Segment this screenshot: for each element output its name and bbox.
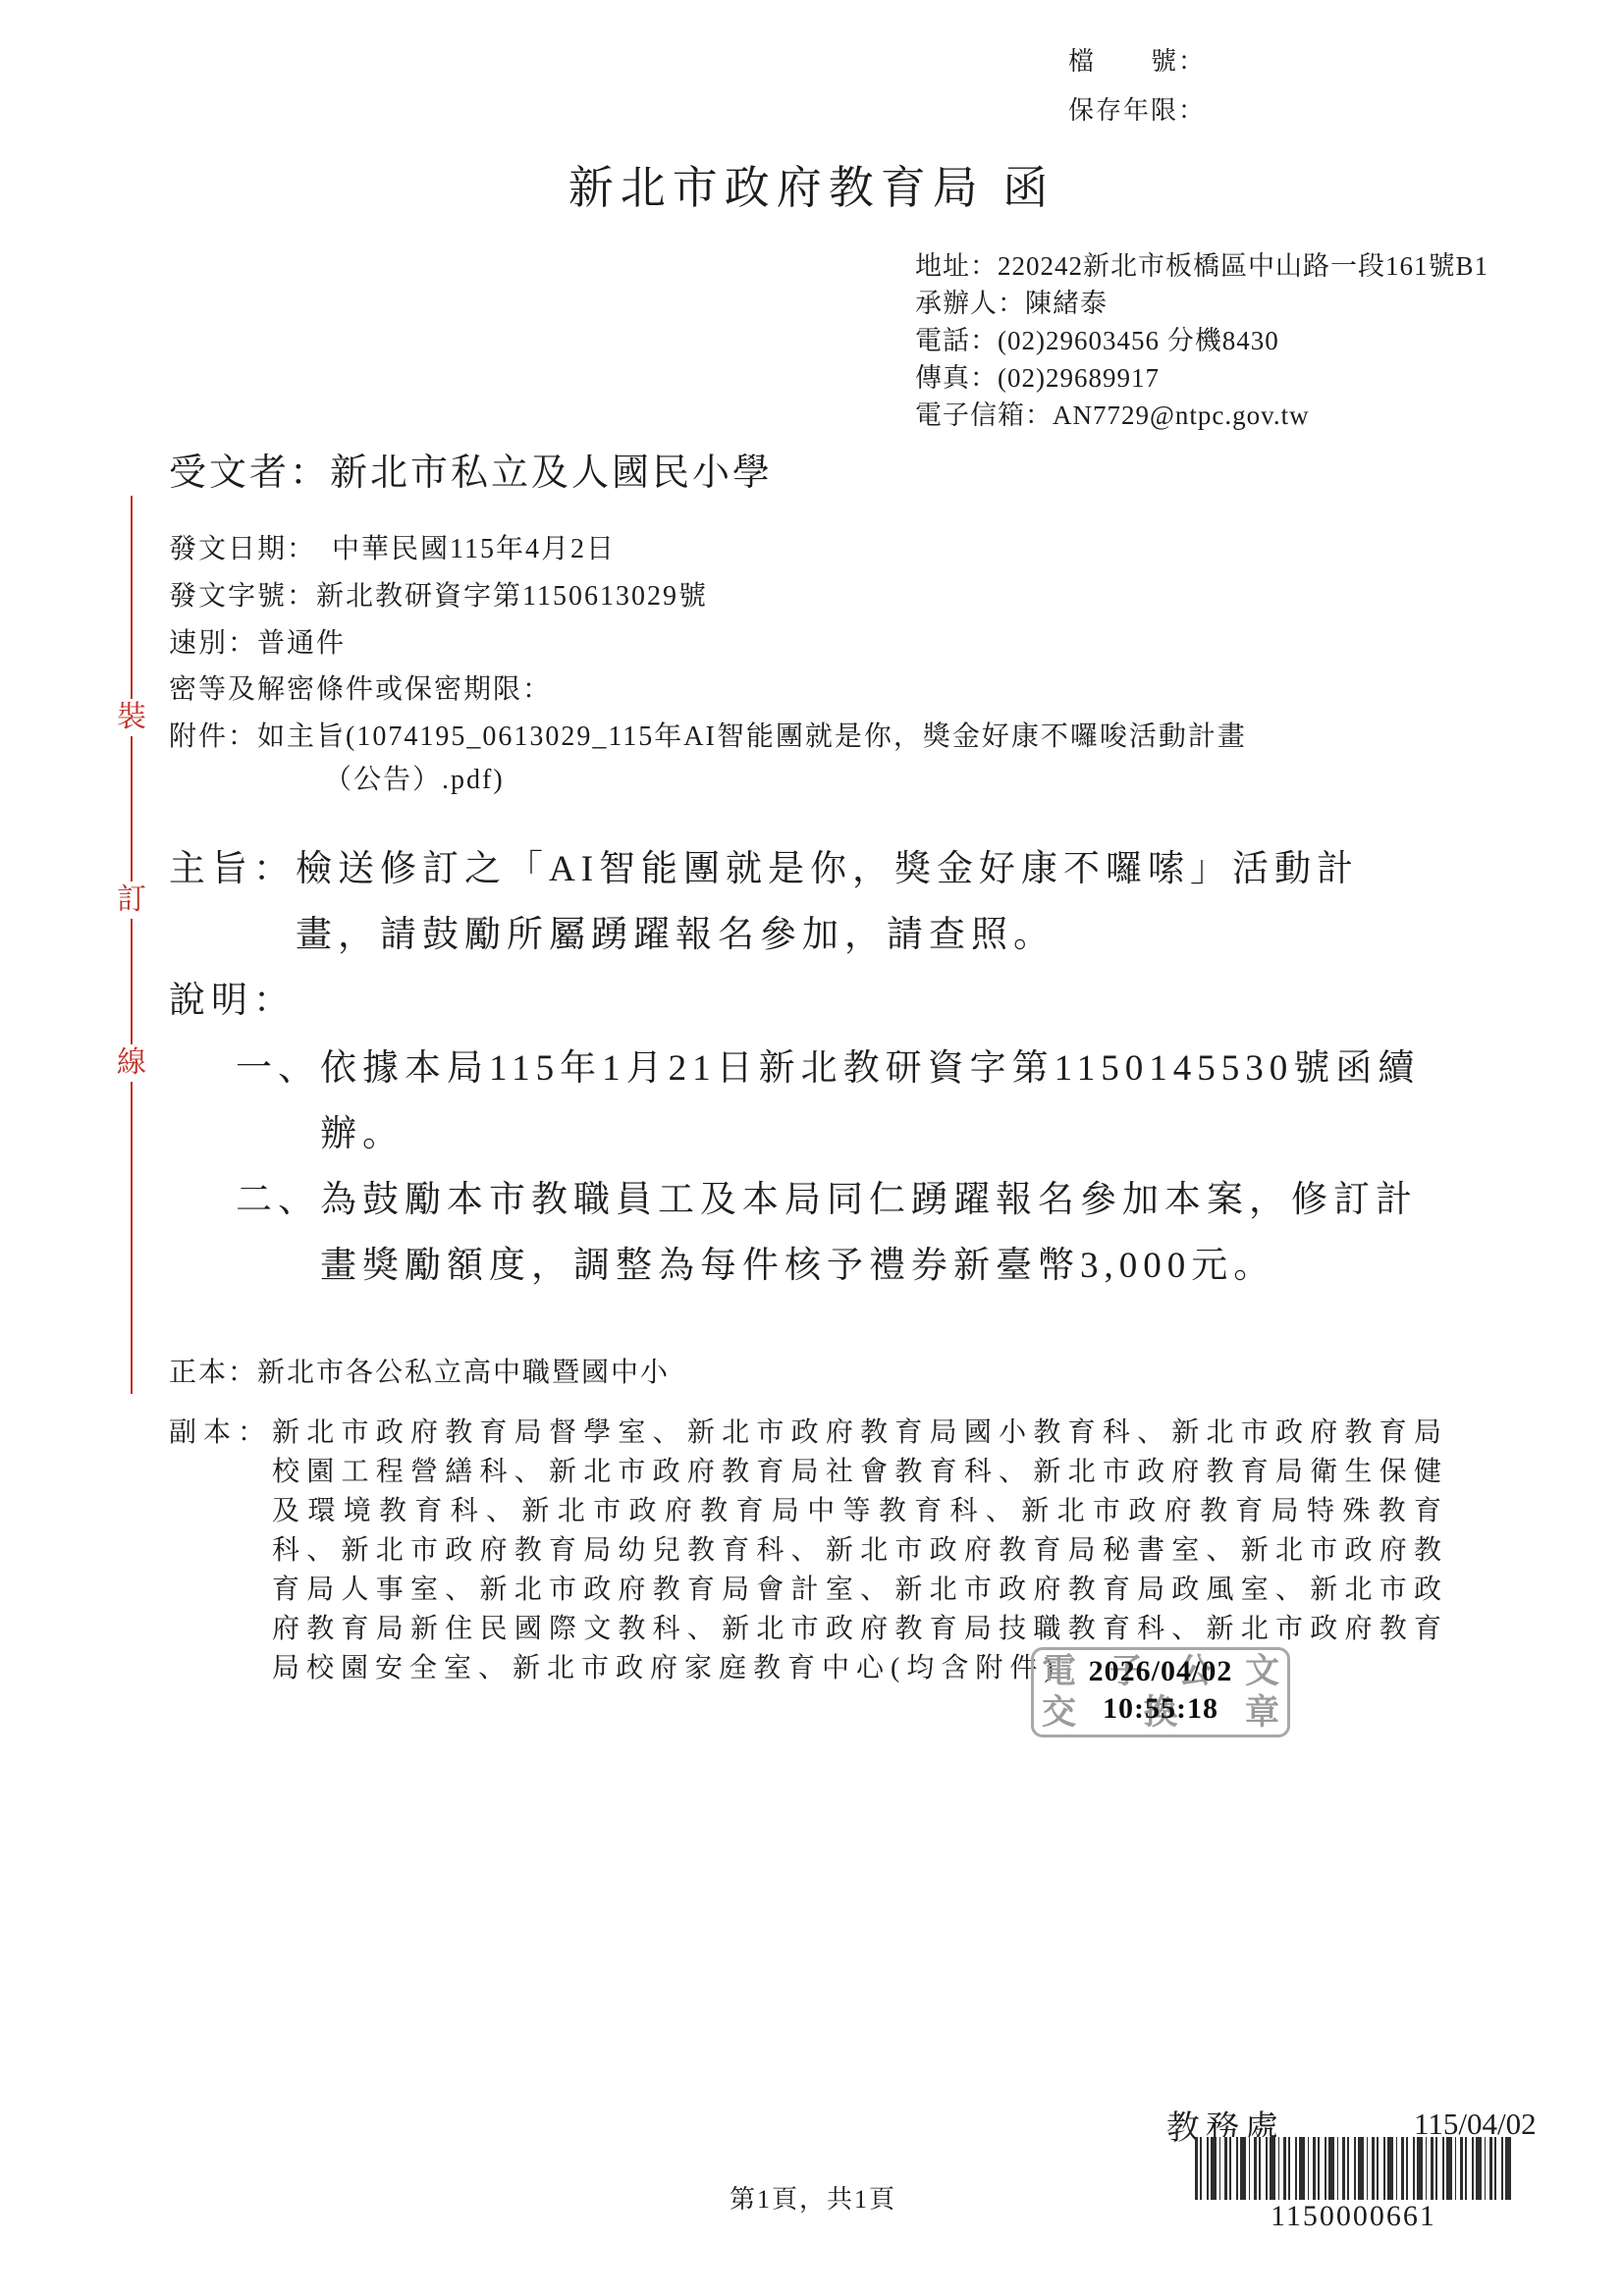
barcode-number: 1150000661	[1195, 2200, 1512, 2233]
original-label: 正本：	[169, 1358, 257, 1388]
contact-person: 承辦人：陳緒泰	[915, 285, 1488, 322]
doc-number-line: 發文字號：新北教研資字第1150613029號	[169, 574, 708, 614]
official-letter-page: 檔 號： 保存年限： 新北市政府教育局 函 地址：220242新北市板橋區中山路…	[0, 0, 1623, 2296]
contact-phone: 電話：(02)29603456 分機8430	[915, 322, 1488, 359]
contact-email: 電子信箱：AN7729@ntpc.gov.tw	[915, 397, 1488, 434]
binding-margin-line	[131, 496, 133, 1394]
original-recipients-line: 正本：新北市各公私立高中職暨國中小	[169, 1351, 670, 1390]
barcode	[1195, 2137, 1512, 2200]
electronic-exchange-stamp: 電子公文 交換章 2026/04/02 10:55:18	[1031, 1647, 1290, 1737]
item-2-number: 二、	[236, 1167, 320, 1233]
subject-paragraph: 主旨： 檢送修訂之「AI智能團就是你，獎金好康不囉嗦」活動計畫，請鼓勵所屬踴躍報…	[169, 836, 1395, 968]
recipient-line: 受文者：新北市私立及人國民小學	[169, 442, 773, 496]
explanation-item-2: 二、 為鼓勵本市教職員工及本局同仁踴躍報名參加本案，修訂計畫獎勵額度，調整為每件…	[236, 1167, 1439, 1299]
stamp-time: 10:55:18	[1034, 1693, 1287, 1725]
speed-class-line: 速別：普通件	[169, 621, 346, 661]
item-1-text: 依據本局115年1月21日新北教研資字第1150145530號函續辦。	[320, 1036, 1439, 1167]
binding-char-zhuang: 裝	[116, 699, 147, 736]
page-indicator: 第1頁，共1頁	[730, 2179, 896, 2216]
attachment-line-1: 附件：如主旨(1074195_0613029_115年AI智能團就是你，獎金好康…	[169, 715, 1247, 754]
subject-text: 檢送修訂之「AI智能團就是你，獎金好康不囉嗦」活動計畫，請鼓勵所屬踴躍報名參加，…	[296, 836, 1395, 968]
explanation-label: 說明：	[169, 970, 296, 1023]
attachment-line-2: （公告）.pdf)	[324, 758, 505, 797]
issue-date-line: 發文日期： 中華民國115年4月2日	[169, 527, 616, 566]
stamp-date: 2026/04/02	[1034, 1656, 1287, 1687]
document-title: 新北市政府教育局 函	[0, 152, 1623, 217]
original-text: 新北市各公私立高中職暨國中小	[257, 1358, 670, 1388]
agency-address: 地址：220242新北市板橋區中山路一段161號B1	[915, 247, 1488, 285]
agency-contact-block: 地址：220242新北市板橋區中山路一段161號B1 承辦人：陳緒泰 電話：(0…	[915, 247, 1488, 434]
subject-label: 主旨：	[169, 836, 296, 902]
explanation-item-1: 一、 依據本局115年1月21日新北教研資字第1150145530號函續辦。	[236, 1036, 1439, 1167]
item-2-text: 為鼓勵本市教職員工及本局同仁踴躍報名參加本案，修訂計畫獎勵額度，調整為每件核予禮…	[320, 1167, 1439, 1299]
retention-period-label: 保存年限：	[1068, 90, 1206, 127]
binding-char-ding: 訂	[116, 881, 147, 919]
file-number-label: 檔 號：	[1068, 41, 1206, 78]
contact-fax: 傳真：(02)29689917	[915, 359, 1488, 397]
item-1-number: 一、	[236, 1036, 320, 1101]
binding-char-xian: 線	[116, 1044, 147, 1082]
cc-label: 副本：	[169, 1414, 272, 1453]
security-class-line: 密等及解密條件或保密期限：	[169, 667, 552, 707]
